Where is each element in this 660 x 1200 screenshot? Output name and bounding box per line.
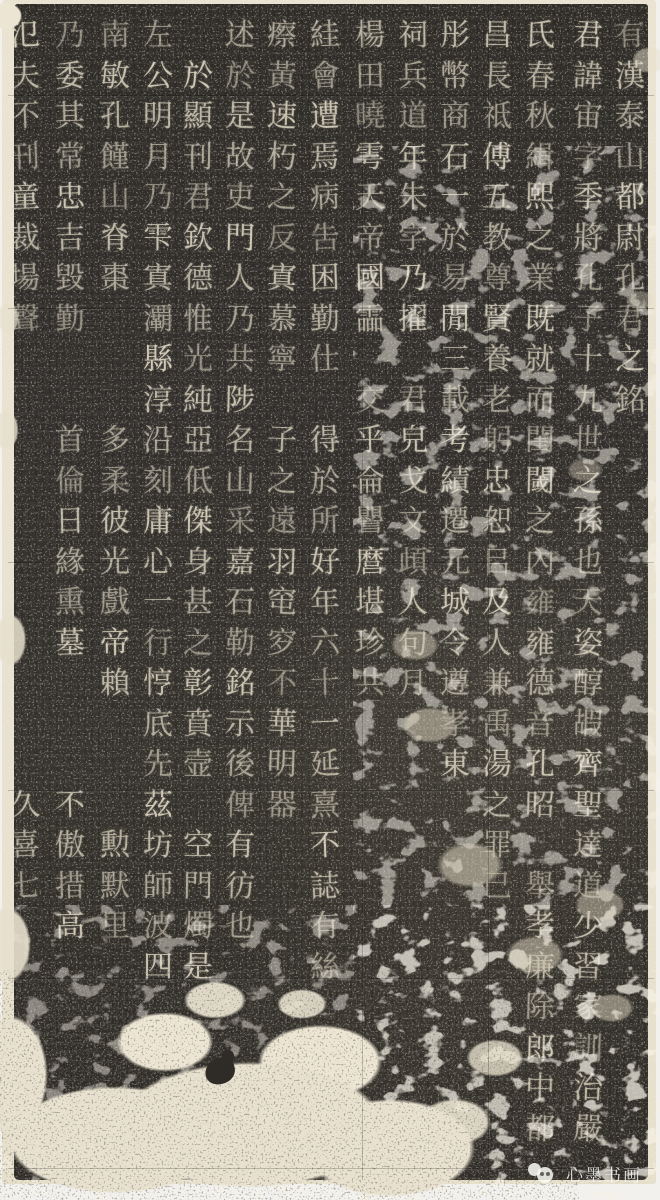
- stele-character: 都: [608, 177, 651, 219]
- stele-character: 悙: [137, 664, 179, 705]
- stele-character: 城: [434, 583, 476, 624]
- stele-character: [177, 786, 219, 827]
- stele-character: 祗: [476, 97, 518, 138]
- stele-character: 嚴: [566, 1109, 609, 1151]
- stele-character: 仕: [303, 339, 346, 381]
- stele-character: 陟: [219, 380, 262, 422]
- stele-character: [94, 381, 136, 422]
- stele-character: 明: [137, 97, 179, 138]
- stele-character: 有: [219, 825, 262, 867]
- text-column-14: 乃委其常忠吉毀勤首倫日緣熏墓不傲措高: [49, 16, 91, 948]
- stele-character: 俾: [219, 785, 262, 827]
- stele-character: 速: [260, 96, 303, 138]
- stele-character: 帝: [349, 218, 392, 260]
- stele-character: 師: [137, 867, 179, 908]
- stele-character: 乃: [219, 299, 262, 341]
- stele-character: 堪: [349, 582, 392, 624]
- stele-character: 朽: [260, 137, 303, 179]
- stele-character: 孝: [519, 906, 562, 948]
- stele-character: 兵: [392, 56, 434, 97]
- stele-character: 公: [137, 57, 179, 98]
- stele-character: 坊: [137, 826, 179, 867]
- stele-character: 緣: [49, 542, 92, 584]
- stele-character: 默: [94, 866, 136, 907]
- stele-character: 勤: [303, 299, 346, 341]
- stele-character: 考: [434, 421, 476, 462]
- text-column-10: 述於是故吏門人乃共陟名山采嘉石勒銘示後俾有彷也: [219, 16, 261, 948]
- stele-character: 茲: [137, 786, 179, 827]
- stele-character: 誌: [303, 866, 346, 908]
- stele-character: 閒: [434, 300, 476, 341]
- stele-character: 德: [177, 259, 219, 300]
- stele-character: 勲: [94, 826, 136, 867]
- stele-character: 君: [177, 178, 219, 219]
- stele-character: 長: [476, 56, 518, 97]
- stele-character: 嘏: [566, 704, 609, 746]
- stele-character: 惟: [177, 299, 219, 340]
- stele-character: [4, 745, 46, 786]
- stele-character: 賴: [94, 664, 136, 705]
- stele-character: 傑: [177, 502, 219, 543]
- stele-character: 國: [349, 258, 392, 300]
- rubbing-columns: 有漢泰山都尉孔君之銘君諱宙字季將孔子十九世之孫也天姿醇嘏齊聖達道少習家訓治嚴氏春…: [0, 0, 660, 1200]
- stele-character: 傲: [49, 825, 92, 867]
- stele-character: 田: [349, 56, 392, 98]
- stele-character: 忠: [476, 461, 518, 502]
- text-column-2: 君諱宙字季將孔子十九世之孫也天姿醇嘏齊聖達道少習家訓治嚴: [567, 16, 609, 1150]
- stele-character: 焉: [303, 137, 346, 179]
- stele-character: 措: [49, 866, 92, 908]
- stele-character: 石: [434, 138, 476, 179]
- stele-character: 乃: [137, 178, 179, 219]
- stele-character: 孔: [608, 258, 651, 300]
- stele-character: 會: [303, 56, 346, 98]
- stele-character: 熙: [519, 177, 562, 219]
- stele-character: 聲: [3, 299, 46, 341]
- stele-character: 季: [566, 177, 609, 219]
- stele-character: 有: [303, 906, 346, 948]
- stele-character: 人: [476, 623, 518, 664]
- stele-character: 而: [519, 380, 562, 422]
- stele-character: [519, 826, 561, 867]
- stele-character: 寘: [137, 259, 179, 300]
- stele-character: 銘: [608, 380, 651, 422]
- stele-character: 穸: [260, 623, 303, 665]
- stele-character: 年: [303, 582, 346, 624]
- stele-character: 禹: [476, 704, 518, 745]
- stele-character: 德: [519, 663, 562, 705]
- stele-character: 績: [434, 462, 476, 503]
- stele-character: 裁: [3, 218, 46, 260]
- stele-character: [177, 16, 219, 57]
- stele-character: 家: [566, 987, 609, 1029]
- stele-character: 之: [260, 177, 303, 219]
- stele-character: 㶚: [137, 300, 179, 341]
- stele-character: 句: [392, 623, 434, 664]
- text-column-12: 左公明月乃雫寘㶚縣淳沿刻庸心一行悙底先茲坊師波四: [137, 16, 179, 988]
- stele-character: 商: [434, 97, 476, 138]
- stele-character: 字: [392, 218, 434, 259]
- stele-character: 達: [566, 825, 609, 867]
- stele-character: 瘵: [260, 15, 303, 57]
- stele-character: 雍: [519, 623, 562, 665]
- stele-character: [94, 705, 136, 746]
- stele-character: 勤: [49, 299, 92, 341]
- stele-character: 遭: [303, 96, 346, 138]
- stele-character: 場: [3, 258, 46, 300]
- stele-character: 孔: [94, 97, 136, 138]
- stele-character: 病: [303, 177, 346, 219]
- stele-character: 墓: [49, 623, 92, 665]
- stele-character: 東: [434, 745, 476, 786]
- stele-character: 一: [303, 704, 346, 746]
- stele-character: 明: [260, 744, 303, 786]
- stele-character: 年: [392, 137, 434, 178]
- stele-character: [94, 340, 136, 381]
- stele-character: 九: [566, 380, 609, 422]
- stele-character: 示: [219, 704, 262, 746]
- stele-character: 不: [260, 663, 303, 705]
- stele-character: 治: [566, 1068, 609, 1110]
- stele-character: 譻: [349, 501, 392, 543]
- stele-character: 就: [519, 339, 562, 381]
- stele-character: [49, 705, 91, 746]
- stele-character: 戈: [392, 461, 434, 502]
- stele-character: 是: [219, 96, 262, 138]
- watermark-text: 心墨书画: [566, 1161, 642, 1186]
- stele-character: 困: [303, 258, 346, 300]
- stele-character: 委: [49, 56, 92, 98]
- stele-character: [4, 543, 46, 584]
- stele-character: 侖: [349, 461, 392, 503]
- stele-character: 幣: [434, 57, 476, 98]
- stele-character: 既: [519, 299, 562, 341]
- stele-character: 訓: [566, 1028, 609, 1070]
- stele-character: 純: [177, 380, 219, 421]
- stele-character: [49, 340, 91, 381]
- stele-character: 楊: [349, 15, 392, 57]
- stele-character: 光: [177, 340, 219, 381]
- stele-character: 四: [137, 948, 179, 989]
- stele-character: 日: [49, 501, 92, 543]
- stele-character: 之: [519, 218, 562, 260]
- stele-character: 之: [566, 461, 609, 503]
- stele-character: 載: [434, 381, 476, 422]
- stele-character: [304, 381, 346, 422]
- stele-character: 春: [519, 56, 562, 98]
- stele-character: 山: [94, 178, 136, 219]
- stele-character: 器: [260, 785, 303, 827]
- stele-character: 銘: [219, 663, 262, 705]
- stele-character: 共: [349, 663, 392, 705]
- stele-character: 傅: [476, 137, 518, 178]
- stele-character: 十: [303, 663, 346, 705]
- stele-character: 後: [219, 744, 262, 786]
- stele-character: 雫: [137, 219, 179, 260]
- stele-character: 不: [49, 785, 92, 827]
- stele-character: [349, 340, 391, 381]
- stele-character: 勒: [219, 623, 262, 665]
- stele-character: 子: [260, 420, 303, 462]
- stele-character: 其: [49, 96, 92, 138]
- stele-character: 祠: [392, 16, 434, 57]
- stele-character: 君: [392, 380, 434, 421]
- stele-character: 絓: [303, 15, 346, 57]
- stele-character: 賢: [476, 299, 518, 340]
- stele-character: 秋: [519, 96, 562, 138]
- stele-character: 擢: [392, 299, 434, 340]
- stele-character: 寘: [260, 258, 303, 300]
- stele-character: 閨: [519, 420, 562, 462]
- stele-character: 壸: [177, 745, 219, 786]
- stele-character: [4, 462, 46, 503]
- stele-character: 不: [303, 825, 346, 867]
- stele-character: 欽: [177, 218, 219, 259]
- stele-character: 老: [476, 380, 518, 421]
- stele-character: 舉: [519, 866, 562, 908]
- stele-character: 羽: [260, 542, 303, 584]
- stele-character: 遵: [434, 664, 476, 705]
- text-column-9: 瘵黃速朽之反寘慕寧子之遠羽窀穸不華明器: [261, 16, 303, 826]
- stele-character: 子: [566, 299, 609, 341]
- stele-character: 孝: [434, 705, 476, 746]
- stele-character: 泰: [608, 96, 651, 138]
- stele-character: [49, 664, 91, 705]
- stele-character: 童: [3, 177, 46, 219]
- stele-character: 緝: [519, 137, 562, 179]
- stele-character: 好: [303, 542, 346, 584]
- stele-character: 郎: [519, 1028, 562, 1070]
- stele-character: 朱: [392, 178, 434, 219]
- stele-character: 賁: [177, 704, 219, 745]
- stele-character: 一: [434, 178, 476, 219]
- stele-character: 及: [476, 583, 518, 624]
- stele-character: 閾: [519, 461, 562, 503]
- stele-character: 棗: [94, 259, 136, 300]
- stele-character: [4, 502, 46, 543]
- stele-character: 孫: [566, 501, 609, 543]
- text-column-6: 祠兵道年朱字乃擢君皃戈文頉人句月: [392, 16, 434, 705]
- stele-character: 姿: [566, 623, 609, 665]
- stele-character: 喜: [3, 825, 46, 867]
- stele-character: 戲: [94, 583, 136, 624]
- stele-character: 心: [137, 543, 179, 584]
- stele-character: 所: [303, 501, 346, 543]
- stele-character: 養: [476, 340, 518, 381]
- stele-character: 罪: [476, 826, 518, 867]
- stele-character: 饉: [94, 137, 136, 178]
- stele-character: 習: [566, 947, 609, 989]
- stele-character: 絲: [303, 947, 346, 989]
- stele-character: 熹: [303, 785, 346, 827]
- stele-character: 三: [434, 340, 476, 381]
- stele-character: 天: [566, 582, 609, 624]
- stele-character: 十: [566, 339, 609, 381]
- stele-character: 低: [177, 461, 219, 502]
- stele-character: 淳: [137, 381, 179, 422]
- text-column-11: 於顯刊君欽德惟光純亞低傑身甚之彰賁壸空門燭是: [177, 16, 219, 988]
- stele-character: 易: [434, 259, 476, 300]
- stele-character: 皃: [392, 421, 434, 462]
- stele-character: 曉: [349, 96, 392, 138]
- stele-character: 延: [303, 744, 346, 786]
- stele-character: 道: [392, 97, 434, 138]
- stele-character: 門: [177, 866, 219, 907]
- stele-character: 也: [219, 906, 262, 948]
- stele-character: [94, 300, 136, 341]
- stele-character: 身: [177, 542, 219, 583]
- stele-character: [94, 745, 136, 786]
- stele-character: 於: [219, 56, 262, 98]
- stele-character: 山: [608, 137, 651, 179]
- stele-character: 孔: [566, 258, 609, 300]
- stele-character: 忠: [49, 177, 92, 219]
- stele-character: 行: [137, 624, 179, 665]
- stele-character: 將: [566, 218, 609, 260]
- text-column-8: 絓會遭焉病吿困勤仕得於所好年六十一延熹不誌有絲: [304, 16, 346, 988]
- stele-character: [94, 786, 136, 827]
- stele-character: 於: [434, 219, 476, 260]
- stele-character: 遠: [260, 501, 303, 543]
- stele-character: [4, 381, 46, 422]
- stele-character: 天: [349, 177, 392, 219]
- stele-character: 石: [219, 582, 262, 624]
- stele-character: 雩: [349, 137, 392, 179]
- stele-character: 多: [94, 421, 136, 462]
- stele-character: 湯: [476, 745, 518, 786]
- watermark: 心墨书画: [528, 1162, 642, 1184]
- stele-character: 山: [219, 461, 262, 503]
- stele-character: 乃: [392, 259, 434, 300]
- stele-character: 倫: [49, 461, 92, 503]
- stele-character: 昌: [476, 16, 518, 57]
- stele-character: 五: [476, 178, 518, 219]
- stele-character: 述: [219, 15, 262, 57]
- stele-character: 㠯: [476, 542, 518, 583]
- stele-character: 甚: [177, 583, 219, 624]
- stele-character: [392, 340, 434, 381]
- stele-character: 刻: [137, 462, 179, 503]
- stele-character: 彰: [177, 664, 219, 705]
- stele-character: 空: [177, 826, 219, 867]
- stele-character: 門: [219, 218, 262, 260]
- stele-character: 熏: [49, 582, 92, 624]
- stele-character: 亞: [177, 421, 219, 462]
- rubbing-photo: { "artwork": { "description_note": "Han …: [0, 0, 660, 1200]
- stele-character: [4, 664, 46, 705]
- stele-character: 漢: [608, 56, 651, 98]
- stele-character: 故: [219, 137, 262, 179]
- stele-character: 之: [260, 461, 303, 503]
- stele-character: 氏: [519, 15, 562, 57]
- stele-character: 庸: [137, 502, 179, 543]
- stele-character: 底: [137, 705, 179, 746]
- stele-character: [4, 340, 46, 381]
- stele-character: 彷: [219, 866, 262, 908]
- stele-character: 波: [137, 907, 179, 948]
- stele-character: 敏: [94, 56, 136, 97]
- stele-character: 諱: [566, 56, 609, 98]
- stele-character: 於: [177, 56, 219, 97]
- stele-character: 少: [566, 906, 609, 948]
- stele-character: 顯: [177, 97, 219, 138]
- stele-character: 君: [566, 15, 609, 57]
- stele-character: 珍: [349, 623, 392, 665]
- stele-character: 廉: [519, 947, 562, 989]
- stele-character: 宙: [566, 96, 609, 138]
- stele-character: 柔: [94, 461, 136, 502]
- stele-character: [261, 381, 303, 422]
- stele-character: 久: [3, 785, 46, 827]
- stele-character: 反: [260, 218, 303, 260]
- text-column-3: 氏春秋緝熙之業既就而閨閾之內雍雍德音孔昭舉孝廉除郎中都: [519, 16, 561, 1150]
- stele-character: 夫: [3, 56, 46, 98]
- stele-character: [49, 745, 91, 786]
- stele-character: 麿: [349, 542, 392, 584]
- stele-character: 除: [519, 987, 562, 1029]
- stele-character: 之: [177, 623, 219, 664]
- stele-character: 交: [349, 380, 392, 422]
- stele-character: 燭: [177, 907, 219, 948]
- stele-character: 乃: [49, 15, 92, 57]
- stele-character: 得: [303, 420, 346, 462]
- stele-character: 是: [177, 947, 219, 988]
- stele-character: [4, 421, 46, 462]
- stele-character: 道: [566, 866, 609, 908]
- stele-character: 世: [566, 420, 609, 462]
- stele-character: 窀: [260, 582, 303, 624]
- stele-character: 吏: [219, 177, 262, 219]
- stele-character: 有: [608, 15, 651, 57]
- stele-character: 沿: [137, 421, 179, 462]
- stele-character: 令: [434, 624, 476, 665]
- stele-character: 於: [303, 461, 346, 503]
- overlapping-circles-logo-icon: [528, 1163, 558, 1183]
- stele-character: 刊: [177, 137, 219, 178]
- stele-character: 人: [392, 583, 434, 624]
- stele-character: 慕: [260, 299, 303, 341]
- stele-character: 月: [137, 138, 179, 179]
- stele-character: [4, 624, 46, 665]
- stele-character: 君: [608, 299, 651, 341]
- stele-character: 縣: [137, 340, 179, 381]
- stele-character: 光: [94, 542, 136, 583]
- stele-character: 兼: [476, 664, 518, 705]
- stele-character: 字: [566, 137, 609, 179]
- stele-character: 昭: [519, 785, 562, 827]
- stele-character: 名: [219, 420, 262, 462]
- stele-character: 孔: [519, 744, 562, 786]
- stele-character: 恕: [476, 502, 518, 543]
- stele-character: 醇: [566, 663, 609, 705]
- stele-character: 首: [49, 420, 92, 462]
- stele-character: 七: [3, 866, 46, 908]
- stele-character: [49, 381, 91, 422]
- text-column-15: 氾夫不刊童裁場聲久喜七: [4, 16, 46, 907]
- stele-character: 共: [219, 339, 262, 381]
- stele-character: [4, 583, 46, 624]
- stele-character: [4, 705, 46, 746]
- stele-character: 吉: [49, 218, 92, 260]
- stele-character: 之: [519, 501, 562, 543]
- stele-character: 頉: [392, 542, 434, 583]
- text-column-13: 南敏孔饉山脊棗多柔彼光戲帝賴勲默里: [94, 16, 136, 948]
- stele-character: 尉: [608, 218, 651, 260]
- stele-character: 寧: [260, 339, 303, 381]
- stele-character: 中: [519, 1068, 562, 1110]
- stele-character: 毀: [49, 258, 92, 300]
- stele-character: 黃: [260, 56, 303, 98]
